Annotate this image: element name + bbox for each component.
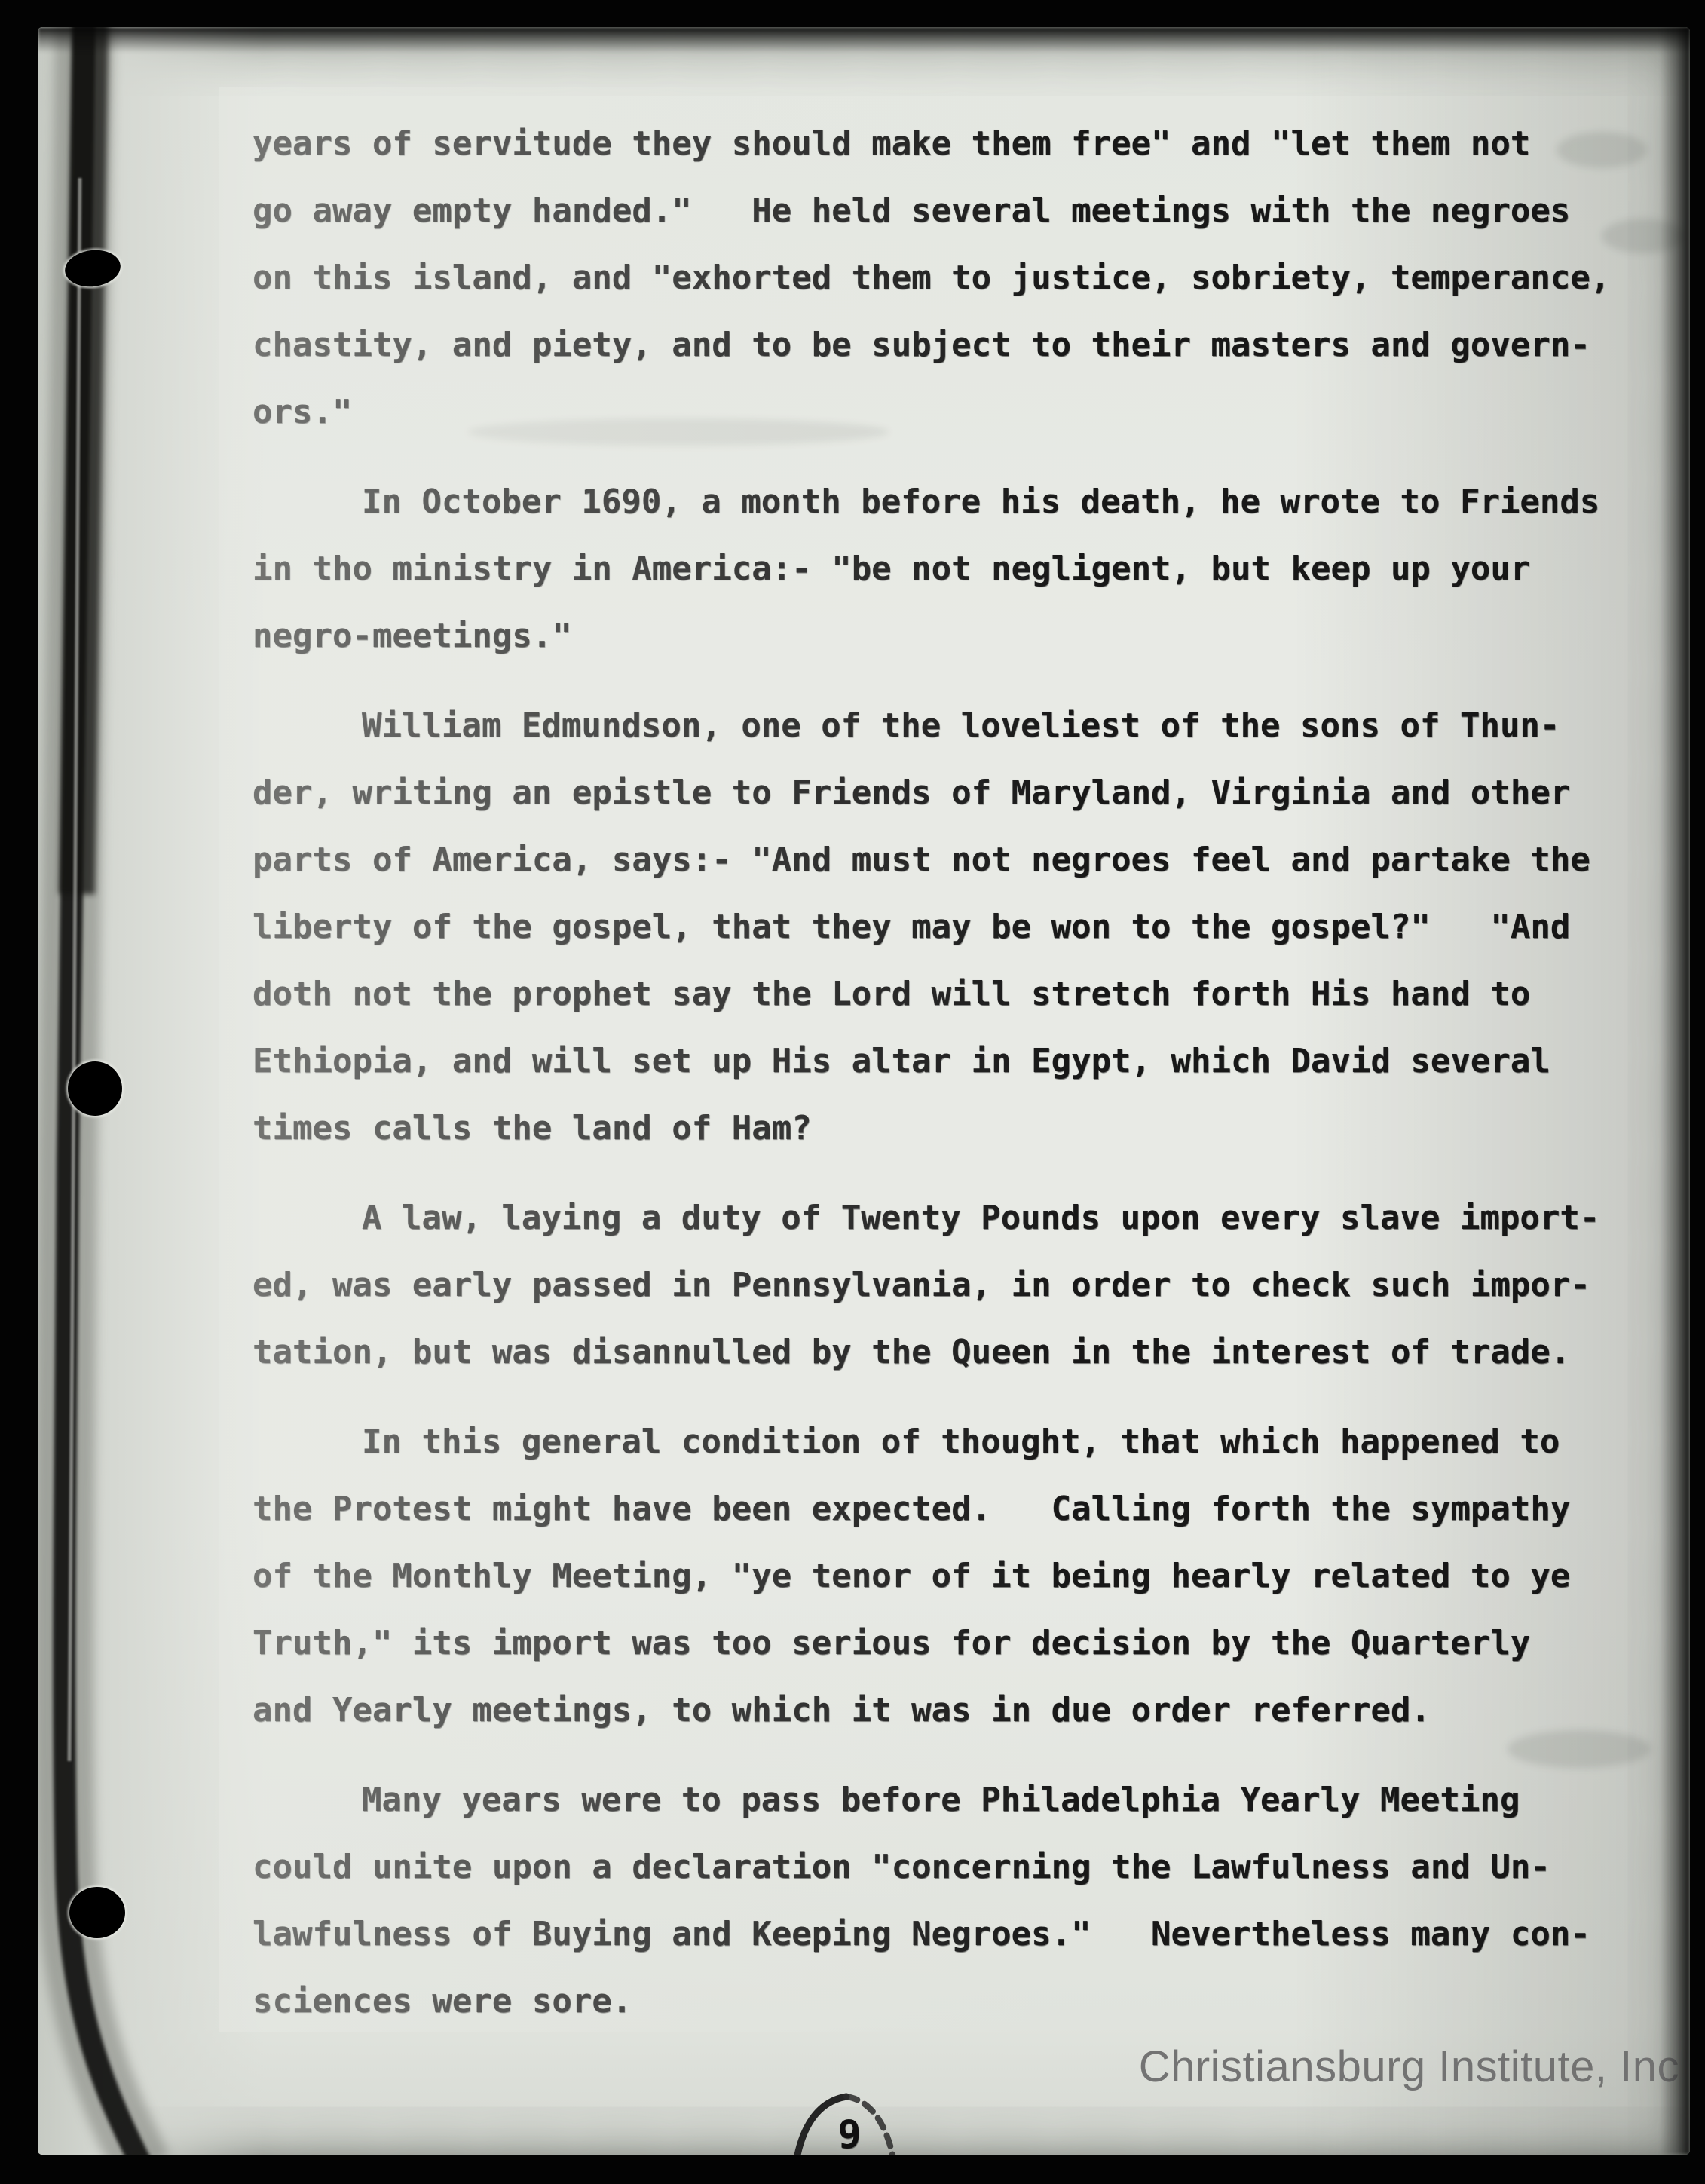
text-line: liberty of the gospel, that they may be … (253, 893, 1632, 960)
text-line: tation, but was disannulled by the Queen… (253, 1319, 1632, 1386)
text-line: Many years were to pass before Philadelp… (253, 1766, 1632, 1833)
text-line: parts of America, says:- "And must not n… (253, 826, 1632, 893)
punch-hole (69, 1887, 125, 1938)
paragraph: years of servitude they should make them… (253, 110, 1632, 446)
text-line: times calls the land of Ham? (253, 1095, 1632, 1162)
text-line: In this general condition of thought, th… (253, 1408, 1632, 1475)
text-line: der, writing an epistle to Friends of Ma… (253, 759, 1632, 826)
ink-smudge (1557, 132, 1647, 168)
text-line: the Protest might have been expected. Ca… (253, 1475, 1632, 1542)
ink-smudge (1508, 1730, 1651, 1768)
text-line: A law, laying a duty of Twenty Pounds up… (253, 1184, 1632, 1251)
text-line: Ethiopia, and will set up His altar in E… (253, 1028, 1632, 1095)
text-line: on this island, and "exhorted them to ju… (253, 244, 1632, 311)
text-line: lawfulness of Buying and Keeping Negroes… (253, 1901, 1632, 1968)
text-line: chastity, and piety, and to be subject t… (253, 311, 1632, 378)
page-number: 9 (827, 2114, 872, 2155)
paper-page: years of servitude they should make them… (38, 27, 1690, 2155)
scanned-document-screenshot: { "page": { "number": "9", "watermark": … (0, 0, 1705, 2184)
text-line: In October 1690, a month before his deat… (253, 468, 1632, 535)
page-number-mark: 9 (765, 2089, 931, 2155)
text-line: doth not the prophet say the Lord will s… (253, 960, 1632, 1028)
text-line: go away empty handed." He held several m… (253, 177, 1632, 244)
ink-smudge (1602, 219, 1685, 253)
ink-smudge (467, 418, 889, 446)
paragraph: In October 1690, a month before his deat… (253, 468, 1632, 669)
text-line: in tho ministry in America:- "be not neg… (253, 535, 1632, 602)
text-line: years of servitude they should make them… (253, 110, 1632, 177)
typed-text: years of servitude they should make them… (253, 110, 1632, 2035)
text-line: sciences were sore. (253, 1968, 1632, 2035)
paragraph: A law, laying a duty of Twenty Pounds up… (253, 1184, 1632, 1386)
watermark: Christiansburg Institute, Inc (1139, 2042, 1679, 2092)
punch-hole (68, 1061, 122, 1116)
paragraph: In this general condition of thought, th… (253, 1408, 1632, 1744)
text-line: and Yearly meetings, to which it was in … (253, 1677, 1632, 1744)
text-line: of the Monthly Meeting, "ye tenor of it … (253, 1542, 1632, 1610)
text-line: ors." (253, 378, 1632, 446)
paragraph: William Edmundson, one of the loveliest … (253, 692, 1632, 1162)
text-line: Truth," its import was too serious for d… (253, 1610, 1632, 1677)
paragraph: Many years were to pass before Philadelp… (253, 1766, 1632, 2035)
text-line: could unite upon a declaration "concerni… (253, 1833, 1632, 1901)
text-line: William Edmundson, one of the loveliest … (253, 692, 1632, 759)
text-line: ed, was early passed in Pennsylvania, in… (253, 1251, 1632, 1319)
text-line: negro-meetings." (253, 602, 1632, 669)
